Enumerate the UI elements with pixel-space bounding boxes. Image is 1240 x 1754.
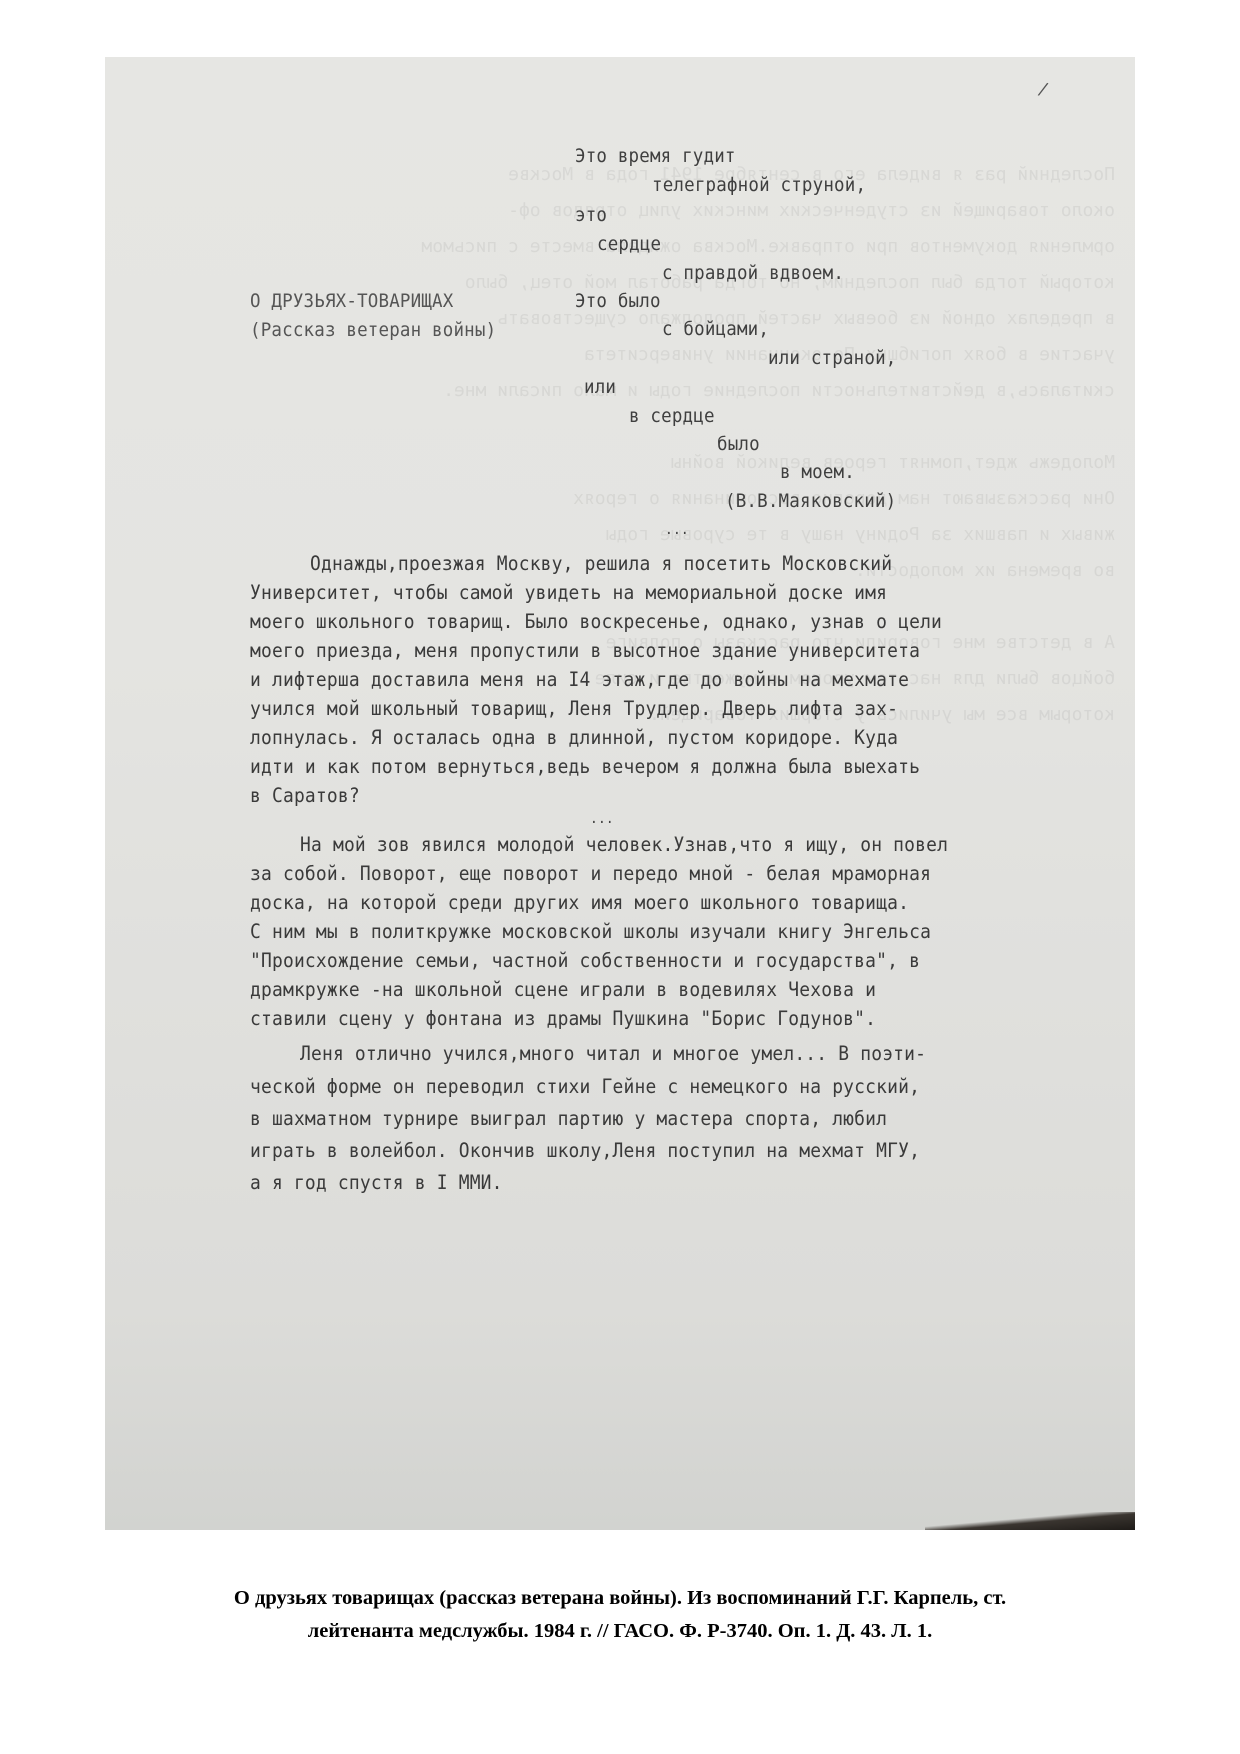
body-line: в шахматном турнире выиграл партию у мас… [250, 1107, 887, 1130]
body-line: драмкружке -на школьной сцене играли в в… [250, 978, 876, 1001]
epigraph-line: в моем. [780, 461, 855, 483]
caption-line-1: О друзьях товарищах (рассказ ветерана во… [0, 1582, 1240, 1614]
epigraph-author: (В.В.Маяковский) [725, 490, 896, 512]
body-line: в Саратов? [250, 784, 360, 807]
body-line: за собой. Поворот, еще поворот и передо … [250, 862, 931, 885]
ellipsis: ... [590, 811, 614, 827]
document-photo: Последний раз я видела его в сентябре 19… [105, 57, 1135, 1530]
body-line: идти и как потом вернуться,ведь вечером … [250, 755, 920, 778]
body-line: лопнулась. Я осталась одна в длинной, пу… [250, 726, 898, 749]
epigraph-line: Это время гудит [575, 145, 736, 167]
document-subtitle: (Рассказ ветеран войны) [250, 319, 496, 341]
body-line: Университет, чтобы самой увидеть на мемо… [250, 581, 887, 604]
epigraph-line: с бойцами, [662, 318, 769, 340]
body-line: ческой форме он переводил стихи Гейне с … [250, 1075, 920, 1098]
body-line: учился мой школьный товарищ, Леня Трудле… [250, 697, 898, 720]
body-line: и лифтерша доставила меня на I4 этаж,где… [250, 668, 909, 691]
epigraph-line: или страной, [768, 347, 896, 369]
body-line: Леня отлично учился,много читал и многое… [300, 1042, 926, 1065]
document-title: О ДРУЗЬЯХ-ТОВАРИЩАХ [250, 290, 453, 312]
ellipsis: ... [665, 522, 689, 538]
epigraph-line: Это было [575, 290, 661, 312]
body-line: ставили сцену у фонтана из драмы Пушкина… [250, 1007, 876, 1030]
epigraph-line: это [575, 204, 607, 226]
body-line: играть в волейбол. Окончив школу,Леня по… [250, 1139, 920, 1162]
body-line: а я год спустя в I ММИ. [250, 1171, 503, 1194]
body-line: доска, на которой среди других имя моего… [250, 891, 909, 914]
body-line: На мой зов явился молодой человек.Узнав,… [300, 833, 948, 856]
body-line: "Происхождение семьи, частной собственно… [250, 949, 920, 972]
epigraph-line: с правдой вдвоем. [662, 262, 844, 284]
epigraph-line: в сердце [629, 405, 715, 427]
body-line: С ним мы в политкружке московской школы … [250, 920, 931, 943]
epigraph-line: телеграфной струной, [652, 174, 866, 196]
epigraph-line: было [717, 433, 760, 455]
caption-line-2: лейтенанта медслужбы. 1984 г. // ГАСО. Ф… [0, 1615, 1240, 1647]
epigraph-line: сердце [597, 233, 661, 255]
page-number-mark: / [1037, 79, 1050, 101]
body-line: Однажды,проезжая Москву, решила я посети… [310, 552, 892, 575]
body-line: моего школьного товарищ. Было воскресень… [250, 610, 942, 633]
epigraph-line: или [584, 376, 616, 398]
body-line: моего приезда, меня пропустили в высотно… [250, 639, 920, 662]
